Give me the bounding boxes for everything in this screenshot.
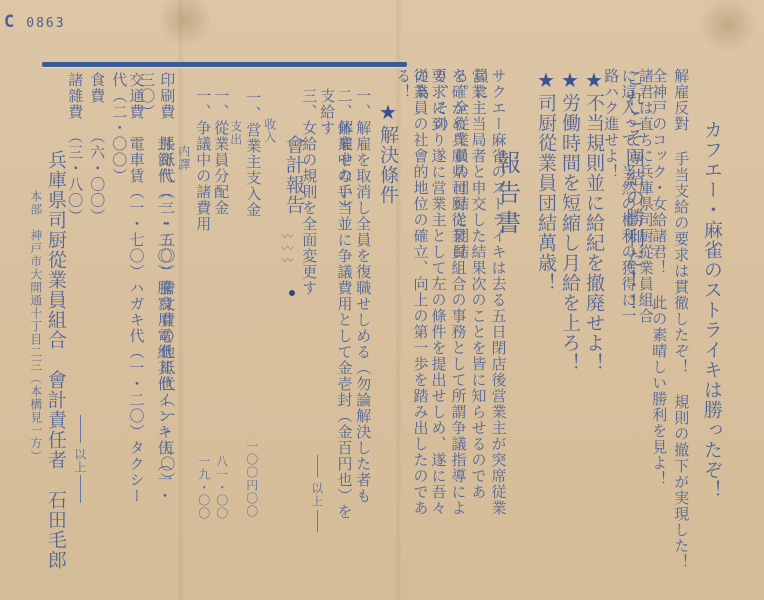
slogan-line-4: 諸君は直ちに兵庫県司厨從業員組合に這入って、当然の権利の獲得に一路ハク進せよ！ <box>602 68 654 338</box>
income-label: 收入 <box>262 118 276 144</box>
archive-number: 0863 <box>26 16 65 31</box>
accounting-end-mark: 以上 <box>72 448 86 474</box>
star-slogan-2: ★労働時間を短縮し月給を上ろ！ <box>558 68 581 373</box>
accounting-title: 會計報告 <box>282 135 304 215</box>
bullet-dot <box>289 290 295 296</box>
breakdown-label: 内譯 <box>176 145 190 171</box>
expense-amount-2: 一九・〇〇 <box>196 455 210 520</box>
breakdown-line: 食費 （六・〇〇） <box>88 72 105 225</box>
breakdown-line: 諸雜費 （三・八〇） <box>66 72 83 225</box>
end-rule <box>317 455 318 477</box>
expense-item-1: 一、從業員分配金 <box>212 88 229 216</box>
income-item: 一、営業主支入金 <box>244 90 261 218</box>
condition-item-1: 一、解雇を取消し全員を復職せしめる（勿論解決した者も <box>354 88 371 528</box>
conditions-title: ★解決條件 <box>376 100 399 205</box>
end-rule <box>80 415 81 443</box>
expense-item-2: 一、争議中の諸費用 <box>194 88 211 232</box>
wavy-underline: 〰〰〰 <box>290 230 296 266</box>
headline-slogan: カフエー・麻雀のストライキは勝ったぞ！ <box>700 120 722 500</box>
report-line: 従業員の社會的地位の確立、向上の第一歩を踏み出したのである！ <box>394 68 429 528</box>
expense-amount-1: 八一・〇〇 <box>214 455 228 520</box>
star-icon: ★ <box>534 68 558 93</box>
star-slogan-1: ★不当規則並に給紀を撤廃せよ！ <box>582 68 605 373</box>
star-icon: ★ <box>376 100 400 125</box>
end-rule <box>317 510 318 532</box>
end-rule <box>80 475 81 503</box>
archive-id: C0863 <box>4 12 66 32</box>
archive-prefix: C <box>4 12 16 32</box>
expense-label: 支出 <box>228 120 242 146</box>
star-icon: ★ <box>582 68 606 93</box>
breakdown-line: 交通費 電車賃（一・七〇）ハガキ代（一・二〇）タクシー代（二・〇〇） <box>110 72 145 512</box>
star-icon: ★ <box>558 68 582 93</box>
blue-rule-divider <box>42 62 407 67</box>
condition-item-2: 二、休業中の手当並に争議費用として金壱封（金百円也）を支給す <box>318 88 353 528</box>
signature-organization: 兵庫県司厨從業員組合 會計責任者 石田毛郎 <box>44 150 66 570</box>
income-amount: 一〇〇円〇〇 <box>244 440 258 518</box>
conditions-end-mark: 以上 <box>309 482 323 508</box>
slogan-line-1: 解雇反對 手当支給の要求は貫徹したぞ！ 規則の撤下が実現した！ <box>672 68 689 570</box>
star-slogan-3: ★司厨從業員団結萬歳！ <box>534 68 557 293</box>
signature-address: 本部 神戸市大開通十丁目二三（本構見一方） <box>28 190 42 463</box>
